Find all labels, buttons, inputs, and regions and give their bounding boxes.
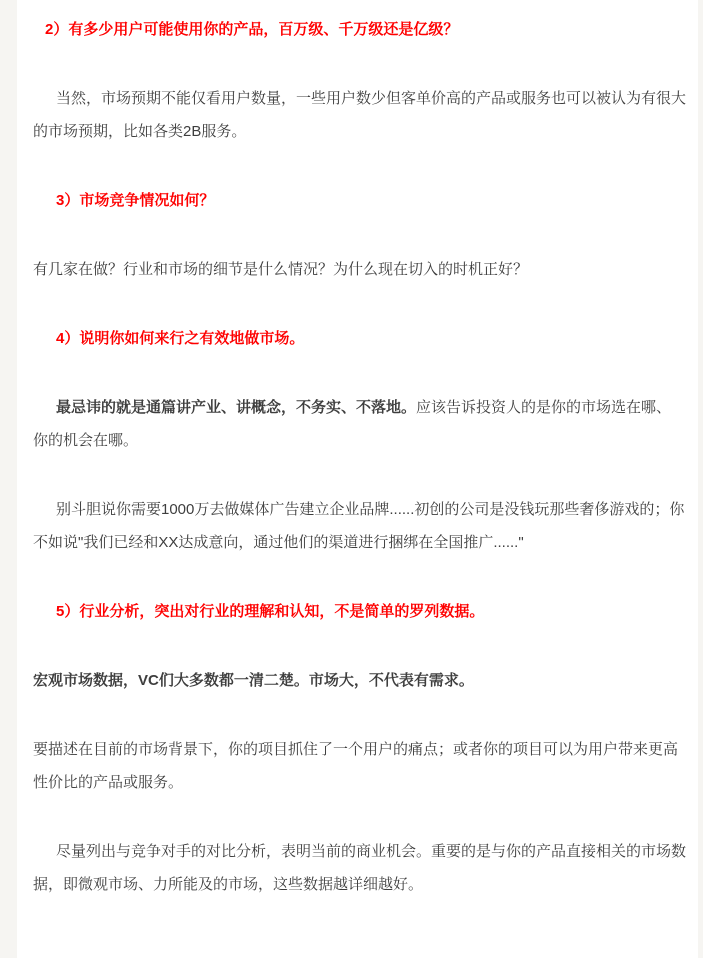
paragraph-text: 有几家在做？行业和市场的细节是什么情况？为什么现在切入的时机正好？ bbox=[33, 261, 528, 278]
article-paragraph: 别斗胆说你需要1000万去做媒体广告建立企业品牌......初创的公司是没钱玩那… bbox=[33, 493, 686, 559]
paragraph-bold-text: 最忌讳的就是通篇讲产业、讲概念，不务实、不落地。 bbox=[56, 399, 416, 416]
article-paragraph: 当然，市场预期不能仅看用户数量，一些用户数少但客单价高的产品或服务也可以被认为有… bbox=[33, 82, 686, 148]
article-paragraph: 尽量列出与竞争对手的对比分析，表明当前的商业机会。重要的是与你的产品直接相关的市… bbox=[33, 835, 686, 901]
article-heading: 4）说明你如何来行之有效地做市场。 bbox=[33, 322, 686, 355]
paragraph-text: 要描述在目前的市场背景下，你的项目抓住了一个用户的痛点；或者你的项目可以为用户带… bbox=[33, 741, 678, 791]
article-heading: 2）有多少用户可能使用你的产品，百万级、千万级还是亿级？ bbox=[33, 13, 686, 46]
article-heading: 3）市场竞争情况如何？ bbox=[33, 184, 686, 217]
paragraph-text: 别斗胆说你需要1000万去做媒体广告建立企业品牌......初创的公司是没钱玩那… bbox=[33, 501, 684, 551]
article-paragraph: 要描述在目前的市场背景下，你的项目抓住了一个用户的痛点；或者你的项目可以为用户带… bbox=[33, 733, 686, 799]
article-paragraph: 宏观市场数据，VC们大多数都一清二楚。市场大，不代表有需求。 bbox=[33, 664, 686, 697]
article-heading: 5）行业分析，突出对行业的理解和认知，不是简单的罗列数据。 bbox=[33, 595, 686, 628]
paragraph-text: 尽量列出与竞争对手的对比分析，表明当前的商业机会。重要的是与你的产品直接相关的市… bbox=[33, 843, 686, 893]
article: 2）有多少用户可能使用你的产品，百万级、千万级还是亿级？当然，市场预期不能仅看用… bbox=[17, 0, 698, 921]
article-page-body: { "page": { "background_color": "#f6f5f2… bbox=[0, 0, 703, 958]
paragraph-text: 当然，市场预期不能仅看用户数量，一些用户数少但客单价高的产品或服务也可以被认为有… bbox=[33, 90, 686, 140]
paragraph-bold-text: 宏观市场数据，VC们大多数都一清二楚。市场大，不代表有需求。 bbox=[33, 672, 474, 689]
article-paragraph: 最忌讳的就是通篇讲产业、讲概念，不务实、不落地。应该告诉投资人的是你的市场选在哪… bbox=[33, 391, 686, 457]
article-content-panel: 2）有多少用户可能使用你的产品，百万级、千万级还是亿级？当然，市场预期不能仅看用… bbox=[17, 0, 698, 958]
article-paragraph: 有几家在做？行业和市场的细节是什么情况？为什么现在切入的时机正好？ bbox=[33, 253, 686, 286]
